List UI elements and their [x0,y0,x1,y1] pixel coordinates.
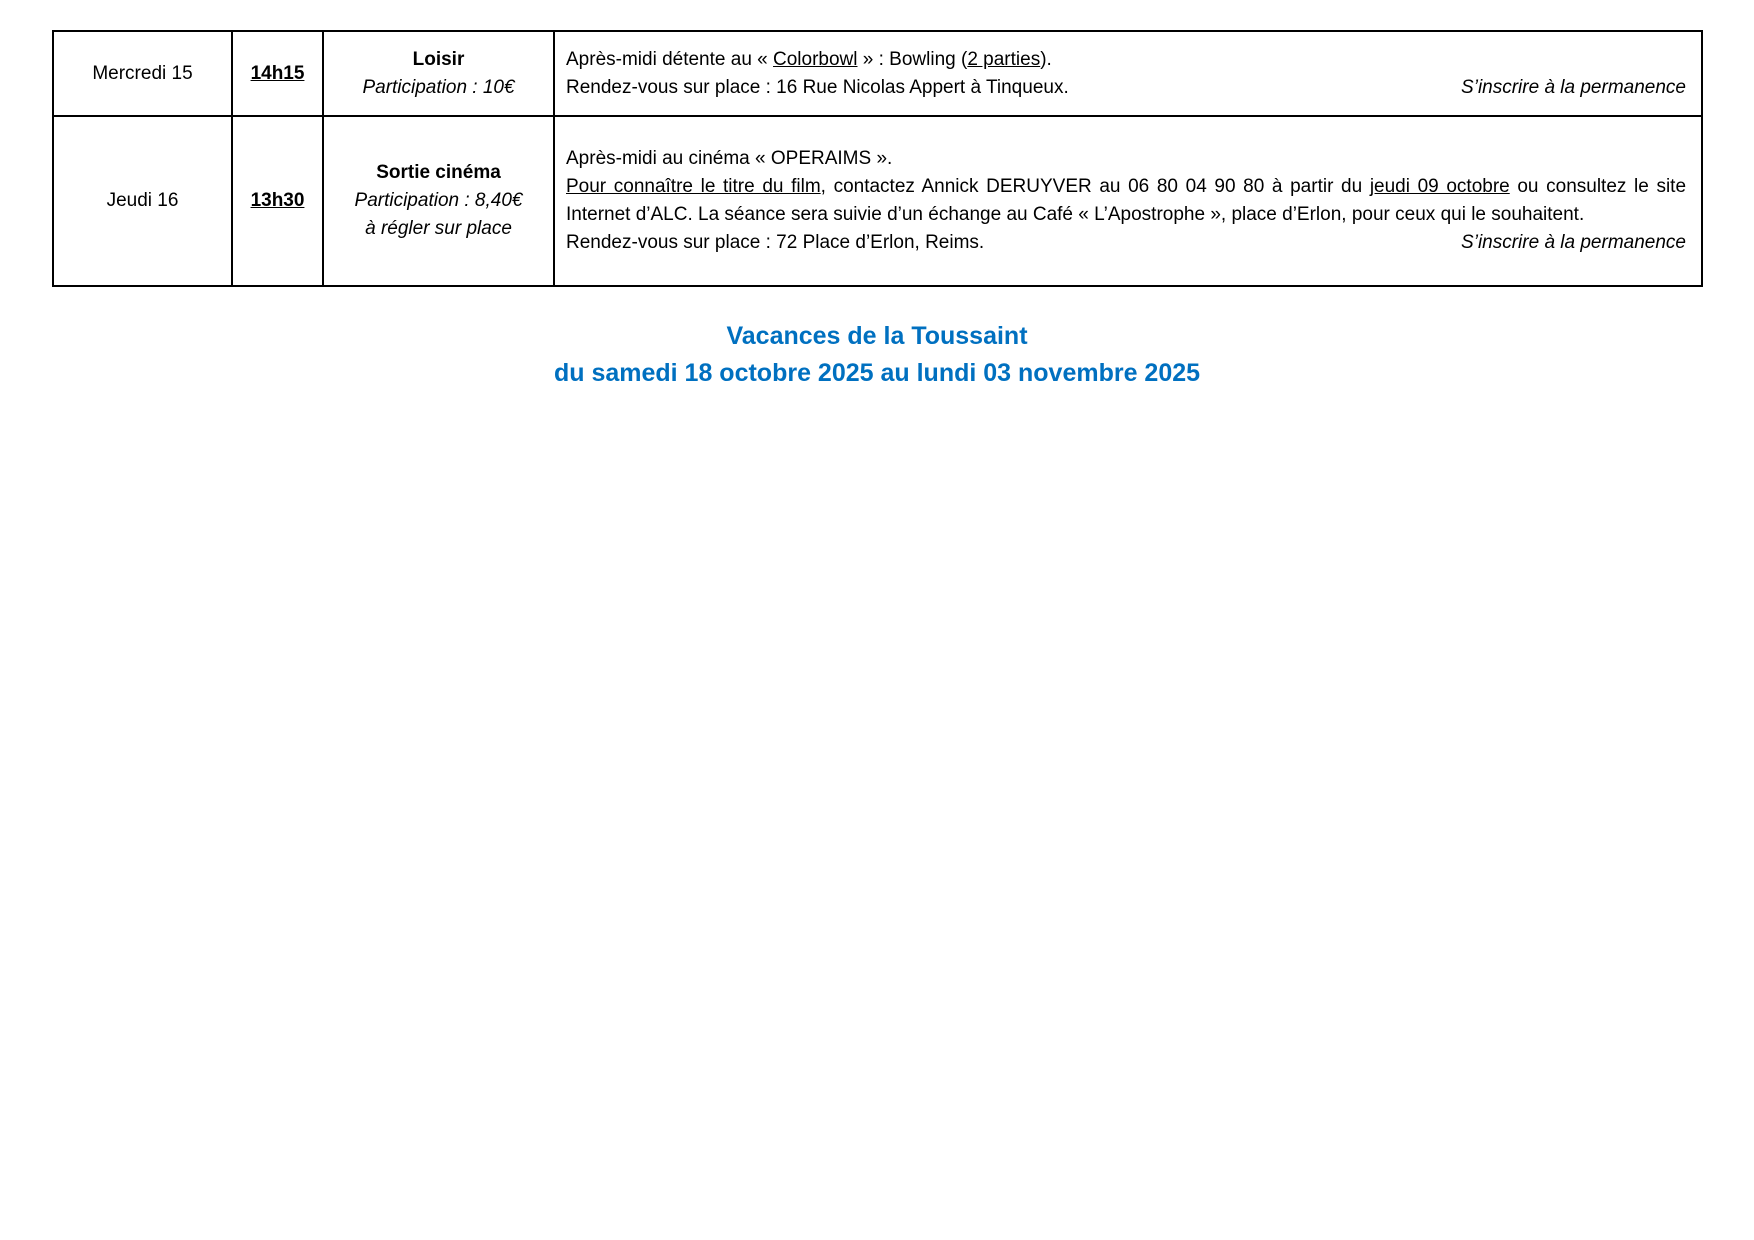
activity-cell: Loisir Participation : 10€ [323,31,554,116]
film-title-info: Pour connaître le titre du film [566,176,821,197]
description-line: Après-midi détente au « Colorbowl » : Bo… [566,46,1686,74]
meeting-point: Rendez-vous sur place : 72 Place d’Erlon… [566,229,984,257]
holiday-heading: Vacances de la Toussaint du samedi 18 oc… [0,318,1754,392]
activity-title: Sortie cinéma [325,159,552,187]
venue-name: Colorbowl [773,49,857,70]
text: , contactez Annick DERUYVER au 06 80 04 … [821,176,1370,197]
time-cell: 13h30 [232,116,323,286]
schedule-table: Mercredi 15 14h15 Loisir Participation :… [52,30,1703,287]
registration-note: S’inscrire à la permanence [1461,74,1686,102]
activity-cell: Sortie cinéma Participation : 8,40€ à ré… [323,116,554,286]
games-count: 2 parties [967,49,1040,70]
description-line: Après-midi au cinéma « OPERAIMS ». [566,145,1686,173]
description-cell: Après-midi au cinéma « OPERAIMS ». Pour … [554,116,1702,286]
info-date: jeudi 09 octobre [1370,176,1510,197]
description-cell: Après-midi détente au « Colorbowl » : Bo… [554,31,1702,116]
activity-payment-note: à régler sur place [325,215,552,243]
day-cell: Mercredi 15 [53,31,232,116]
time-cell: 14h15 [232,31,323,116]
day-cell: Jeudi 16 [53,116,232,286]
text: ). [1040,49,1052,70]
activity-price: Participation : 8,40€ [325,187,552,215]
holiday-dates: du samedi 18 octobre 2025 au lundi 03 no… [0,355,1754,392]
table-row: Jeudi 16 13h30 Sortie cinéma Participati… [53,116,1702,286]
description-line: Rendez-vous sur place : 16 Rue Nicolas A… [566,74,1686,102]
activity-title: Loisir [325,46,552,74]
holiday-title: Vacances de la Toussaint [0,318,1754,355]
table-row: Mercredi 15 14h15 Loisir Participation :… [53,31,1702,116]
registration-note: S’inscrire à la permanence [1461,229,1686,257]
description-line: Rendez-vous sur place : 72 Place d’Erlon… [566,229,1686,257]
text: » : Bowling ( [858,49,968,70]
activity-price: Participation : 10€ [325,74,552,102]
meeting-point: Rendez-vous sur place : 16 Rue Nicolas A… [566,74,1069,102]
text: Après-midi détente au « [566,49,773,70]
description-paragraph: Pour connaître le titre du film, contact… [566,173,1686,229]
